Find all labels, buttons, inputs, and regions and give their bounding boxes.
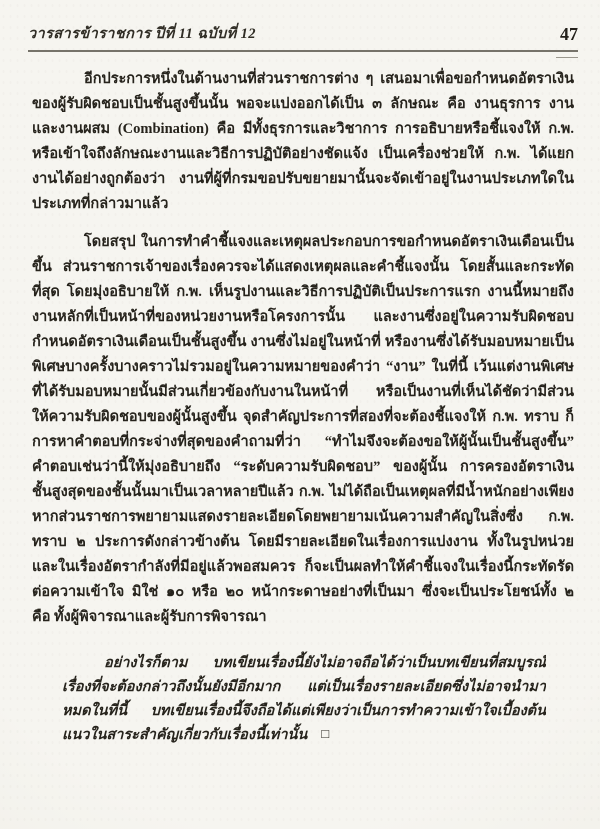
end-of-article-mark: □ — [321, 723, 329, 746]
text-line: พิเศษบางครั้งบางคราวไม่รวมอยู่ในความหมาย… — [32, 355, 574, 380]
page-header: วารสารข้าราชการ ปีที่ 11 ฉบับที่ 12 47 — [28, 22, 578, 52]
page-number: 47 — [560, 24, 578, 45]
text-line: ของผู้รับผิดชอบเป็นชั้นสูงขึ้นนั้น พอจะแ… — [32, 92, 574, 117]
paragraph: โดยสรุป ในการทำคำชี้แจงและเหตุผลประกอบกา… — [32, 230, 574, 630]
text-line: งานหลักที่เป็นหน้าที่ของหน่วยงานหรือโครง… — [32, 305, 574, 330]
journal-title: วารสารข้าราชการ ปีที่ 11 ฉบับที่ 12 — [28, 22, 256, 45]
text-line: คือ ทั้งผู้พิจารณาและผู้รับการพิจารณา — [32, 605, 574, 630]
scanned-document-page: วารสารข้าราชการ ปีที่ 11 ฉบับที่ 12 47 อ… — [0, 0, 600, 829]
text-line: ให้ความรับผิดชอบของผู้นั้นสูงขึ้น จุดสำค… — [32, 405, 574, 430]
text-line: คำตอบเช่นว่านี้ให้มุ่งอธิบายถึง “ระดับคว… — [32, 455, 574, 480]
text-line: และในเรื่องอัตรากำลังที่มีอยู่แล้วพอสมคว… — [32, 555, 574, 580]
text-line: การหาคำตอบที่กระจ่างที่สุดของคำถามที่ว่า… — [32, 430, 574, 455]
text-line: อย่างไรก็ตาม บทเขียนเรื่องนี้ยังไม่อาจถื… — [62, 651, 546, 675]
text-line: ที่สุด โดยมุ่งอธิบายให้ ก.พ. เห็นรูปงานแ… — [32, 280, 574, 305]
text-line: กำหนดอัตราเงินเดือนเป็นชั้นสูงขึ้น งานซึ… — [32, 330, 574, 355]
text-line: หากส่วนราชการพยายามแสดงรายละเอียดโดยพยาย… — [32, 505, 574, 530]
text-line: แนวในสาระสำคัญเกี่ยวกับเรื่องนี้เท่านั้น… — [62, 723, 546, 747]
article-body: อีกประการหนึ่งในด้านงานที่ส่วนราชการต่าง… — [32, 67, 574, 747]
paragraph: อย่างไรก็ตาม บทเขียนเรื่องนี้ยังไม่อาจถื… — [62, 651, 546, 747]
text-line: ทราบ ๒ ประการดังกล่าวข้างต้น โดยมีรายละเ… — [32, 530, 574, 555]
text-line: งานได้อย่างถูกต้องว่า งานที่ผู้ที่กรมขอป… — [32, 167, 574, 192]
text-line: เรื่องที่จะต้องกล่าวถึงนั้นยังมีอีกมาก แ… — [62, 675, 546, 699]
text-line: โดยสรุป ในการทำคำชี้แจงและเหตุผลประกอบกา… — [32, 230, 574, 255]
text-line: ชั้นสูงสุดของชั้นนั้นมาเป็นเวลาหลายปีแล้… — [32, 480, 574, 505]
paragraph: อีกประการหนึ่งในด้านงานที่ส่วนราชการต่าง… — [32, 67, 574, 217]
text-line: ประเภทที่กล่าวมาแล้ว — [32, 192, 574, 217]
text-line: ขึ้น ส่วนราชการเจ้าของเรื่องควรจะได้แสดง… — [32, 255, 574, 280]
text-line: ที่ได้รับมอบหมายนั้นมีส่วนเกี่ยวข้องกับง… — [32, 380, 574, 405]
text-line: และงานผสม (Combination) คือ มีทั้งธุรการ… — [32, 117, 574, 142]
text-line: หมดในที่นี้ บทเขียนเรื่องนี้จึงถือได้แต่… — [62, 699, 546, 723]
text-line: หรือเข้าใจถึงลักษณะงานและวิธีการปฏิบัติอ… — [32, 142, 574, 167]
text-line: อีกประการหนึ่งในด้านงานที่ส่วนราชการต่าง… — [32, 67, 574, 92]
text-line: ต่อความเข้าใจ มิใช่ ๑๐ หรือ ๒๐ หน้ากระดา… — [32, 580, 574, 605]
